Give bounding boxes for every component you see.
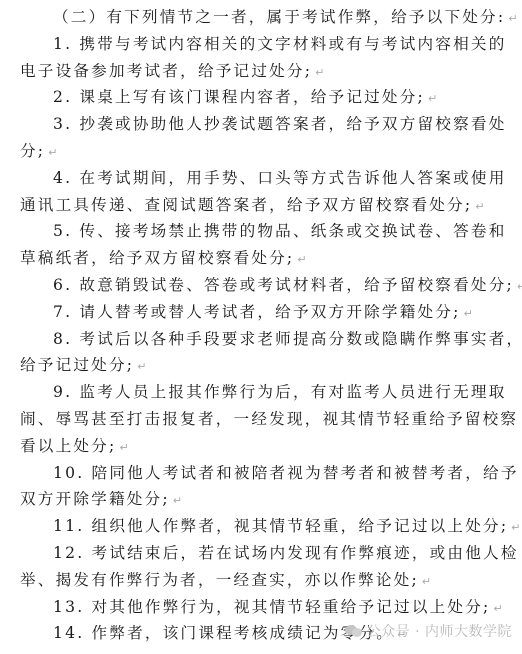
line-text: 9. 监考人员上报其作弊行为后，有对监考人员进行无理取 xyxy=(53,383,507,401)
rule-item-6: 6. 故意销毁试卷、答卷或考试材料者，给予留校察看处分;↵ xyxy=(20,272,514,299)
document-body: （二）有下列情节之一者，属于考试作弊，给予以下处分:↵ 1. 携带与考试内容相关… xyxy=(20,4,514,647)
rule-item-1: 1. 携带与考试内容相关的文字材料或有与考试内容相关的 xyxy=(20,31,514,58)
paragraph-mark-icon: ↵ xyxy=(315,66,324,79)
rule-item-13: 13. 对其他作弊行为，视其情节轻重给予记过以上处分;↵ xyxy=(20,594,514,621)
rule-item-10-cont: 双方开除学籍处分;↵ xyxy=(20,486,514,513)
line-text: 4. 在考试期间，用手势、口头等方式告诉他人答案或使用 xyxy=(53,169,507,187)
line-text: 12. 考试结束后，若在试场内发现有作弊痕迹，或由他人检 xyxy=(53,544,519,562)
rule-item-9-cont2: 看以上处分;↵ xyxy=(20,433,514,460)
paragraph-mark-icon: ↵ xyxy=(428,92,437,105)
rule-item-10: 10. 陪同他人考试者和被陪者视为替考者和被替考者，给予 xyxy=(20,460,514,487)
line-text: 分; xyxy=(20,142,45,160)
paragraph-mark-icon: ↵ xyxy=(517,280,522,293)
line-text: 10. 陪同他人考试者和被陪者视为替考者和被替考者，给予 xyxy=(53,464,519,482)
line-text: 14. 作弊者，该门课程考核成绩记为零分。 xyxy=(53,624,394,642)
line-text: 5. 传、接考场禁止携带的物品、纸条或交换试卷、答卷和 xyxy=(53,222,507,240)
line-text: 双方开除学籍处分; xyxy=(20,490,170,508)
line-text: 举、揭发有作弊行为者，一经查实，亦以作弊论处; xyxy=(20,571,419,589)
paragraph-mark-icon: ↵ xyxy=(173,494,182,507)
line-text: 8. 考试后以各种手段要求老师提高分数或隐瞒作弊事实者， xyxy=(53,330,522,348)
wechat-icon xyxy=(345,623,363,639)
rule-item-9-cont: 闹、辱骂甚至打击报复者，一经发现，视其情节轻重给予留校察 xyxy=(20,406,514,433)
paragraph-mark-icon: ↵ xyxy=(475,200,484,213)
rule-item-1-cont: 电子设备参加考试者，给予记过处分;↵ xyxy=(20,58,514,85)
rule-item-7: 7. 请人替考或替人考试者，给予双方开除学籍处分;↵ xyxy=(20,299,514,326)
rule-item-8-cont: 给予记过处分;↵ xyxy=(20,352,514,379)
paragraph-mark-icon: ↵ xyxy=(422,575,431,588)
paragraph-mark-icon: ↵ xyxy=(464,307,473,320)
line-text: 2. 课桌上写有该门课程内容者，给予记过处分; xyxy=(53,88,425,106)
rule-item-5: 5. 传、接考场禁止携带的物品、纸条或交换试卷、答卷和 xyxy=(20,218,514,245)
line-text: （二）有下列情节之一者，属于考试作弊，给予以下处分: xyxy=(53,8,505,26)
rule-item-4: 4. 在考试期间，用手势、口头等方式告诉他人答案或使用 xyxy=(20,165,514,192)
line-text: 电子设备参加考试者，给予记过处分; xyxy=(20,62,312,80)
paragraph-mark-icon: ↵ xyxy=(297,253,306,266)
rule-item-12-cont: 举、揭发有作弊行为者，一经查实，亦以作弊论处;↵ xyxy=(20,567,514,594)
watermark: 公众号 · 内师大数学院 xyxy=(345,621,512,641)
line-text: 11. 组织他人作弊者，视其情节轻重，给予记过以上处分; xyxy=(53,517,508,535)
rule-item-2: 2. 课桌上写有该门课程内容者，给予记过处分;↵ xyxy=(20,84,514,111)
rule-item-5-cont: 草稿纸者，给予双方留校察看处分;↵ xyxy=(20,245,514,272)
line-text: 通讯工具传递、查阅试题答案者，给予双方留校察看处分; xyxy=(20,196,472,214)
rule-item-8: 8. 考试后以各种手段要求老师提高分数或隐瞒作弊事实者， xyxy=(20,326,514,353)
line-text: 给予记过处分; xyxy=(20,356,134,374)
rule-item-4-cont: 通讯工具传递、查阅试题答案者，给予双方留校察看处分;↵ xyxy=(20,192,514,219)
paragraph-mark-icon: ↵ xyxy=(508,12,517,25)
section-heading: （二）有下列情节之一者，属于考试作弊，给予以下处分:↵ xyxy=(20,4,514,31)
line-text: 7. 请人替考或替人考试者，给予双方开除学籍处分; xyxy=(53,303,461,321)
paragraph-mark-icon: ↵ xyxy=(511,521,520,534)
line-text: 6. 故意销毁试卷、答卷或考试材料者，给予留校察看处分; xyxy=(53,276,514,294)
line-text: 看以上处分; xyxy=(20,437,116,455)
paragraph-mark-icon: ↵ xyxy=(119,441,128,454)
line-text: 3. 抄袭或协助他人抄袭试题答案者，给予双方留校察看处 xyxy=(53,115,507,133)
rule-item-3: 3. 抄袭或协助他人抄袭试题答案者，给予双方留校察看处 xyxy=(20,111,514,138)
watermark-text: 公众号 · 内师大数学院 xyxy=(367,621,512,641)
rule-item-9: 9. 监考人员上报其作弊行为后，有对监考人员进行无理取 xyxy=(20,379,514,406)
rule-item-11: 11. 组织他人作弊者，视其情节轻重，给予记过以上处分;↵ xyxy=(20,513,514,540)
line-text: 13. 对其他作弊行为，视其情节轻重给予记过以上处分; xyxy=(53,598,490,616)
line-text: 闹、辱骂甚至打击报复者，一经发现，视其情节轻重给予留校察 xyxy=(20,410,518,428)
paragraph-mark-icon: ↵ xyxy=(137,360,146,373)
paragraph-mark-icon: ↵ xyxy=(493,602,502,615)
paragraph-mark-icon: ↵ xyxy=(48,146,57,159)
rule-item-12: 12. 考试结束后，若在试场内发现有作弊痕迹，或由他人检 xyxy=(20,540,514,567)
rule-item-3-cont: 分;↵ xyxy=(20,138,514,165)
line-text: 1. 携带与考试内容相关的文字材料或有与考试内容相关的 xyxy=(53,35,507,53)
line-text: 草稿纸者，给予双方留校察看处分; xyxy=(20,249,294,267)
